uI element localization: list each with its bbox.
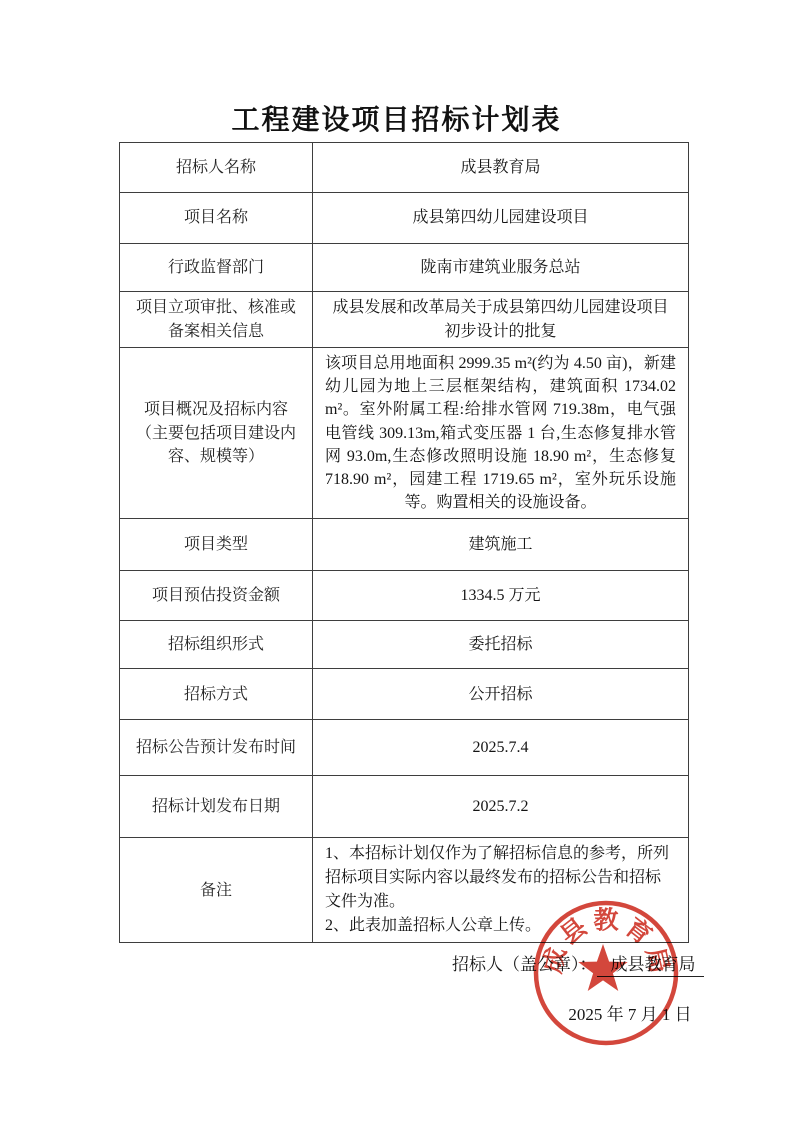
row-label: 项目预估投资金额 <box>120 571 313 621</box>
table-row: 项目类型 建筑施工 <box>120 519 689 571</box>
row-label: 招标人名称 <box>120 143 313 193</box>
row-value: 委托招标 <box>313 621 689 669</box>
table-row: 招标计划发布日期 2025.7.2 <box>120 776 689 838</box>
row-label: 招标公告预计发布时间 <box>120 720 313 776</box>
row-label: 项目类型 <box>120 519 313 571</box>
row-label: 项目立项审批、核准或备案相关信息 <box>120 292 313 348</box>
bidding-plan-table: 招标人名称 成县教育局 项目名称 成县第四幼儿园建设项目 行政监督部门 陇南市建… <box>119 142 689 943</box>
document-page: 工程建设项目招标计划表 招标人名称 成县教育局 项目名称 成县第四幼儿园建设项目… <box>0 0 793 1122</box>
remark-line-2: 2、此表加盖招标人公章上传。 <box>325 914 676 938</box>
row-label: 招标方式 <box>120 669 313 720</box>
row-label: 项目名称 <box>120 193 313 244</box>
row-value: 2025.7.2 <box>313 776 689 838</box>
row-value: 成县教育局 <box>313 143 689 193</box>
row-value: 1、本招标计划仅作为了解招标信息的参考，所列招标项目实际内容以最终发布的招标公告… <box>313 838 689 943</box>
table-row: 招标方式 公开招标 <box>120 669 689 720</box>
row-value: 成县第四幼儿园建设项目 <box>313 193 689 244</box>
table-row: 招标公告预计发布时间 2025.7.4 <box>120 720 689 776</box>
table-row: 备注 1、本招标计划仅作为了解招标信息的参考，所列招标项目实际内容以最终发布的招… <box>120 838 689 943</box>
row-value: 成县发展和改革局关于成县第四幼儿园建设项目初步设计的批复 <box>313 292 689 348</box>
table-row: 招标人名称 成县教育局 <box>120 143 689 193</box>
table-row: 项目名称 成县第四幼儿园建设项目 <box>120 193 689 244</box>
row-value: 1334.5 万元 <box>313 571 689 621</box>
signature-label: 招标人（盖公章）： <box>452 955 597 974</box>
row-value: 该项目总用地面积 2999.35 m²(约为 4.50 亩)，新建幼儿园为地上三… <box>313 348 689 519</box>
signature-line: 招标人（盖公章）：成县教育局 <box>452 950 704 977</box>
row-value: 建筑施工 <box>313 519 689 571</box>
signature-name: 成县教育局 <box>597 950 704 977</box>
date-line: 2025 年 7 月 1 日 <box>540 1000 720 1025</box>
row-label: 招标组织形式 <box>120 621 313 669</box>
row-label: 招标计划发布日期 <box>120 776 313 838</box>
row-label: 备注 <box>120 838 313 943</box>
table-row: 行政监督部门 陇南市建筑业服务总站 <box>120 244 689 292</box>
remark-line-1: 1、本招标计划仅作为了解招标信息的参考，所列招标项目实际内容以最终发布的招标公告… <box>325 842 676 914</box>
table-row: 招标组织形式 委托招标 <box>120 621 689 669</box>
table-row: 项目概况及招标内容（主要包括项目建设内容、规模等） 该项目总用地面积 2999.… <box>120 348 689 519</box>
row-value: 陇南市建筑业服务总站 <box>313 244 689 292</box>
row-label: 项目概况及招标内容（主要包括项目建设内容、规模等） <box>120 348 313 519</box>
row-label: 行政监督部门 <box>120 244 313 292</box>
table-row: 项目预估投资金额 1334.5 万元 <box>120 571 689 621</box>
row-value: 公开招标 <box>313 669 689 720</box>
row-value: 2025.7.4 <box>313 720 689 776</box>
page-title: 工程建设项目招标计划表 <box>0 98 793 138</box>
table-row: 项目立项审批、核准或备案相关信息 成县发展和改革局关于成县第四幼儿园建设项目初步… <box>120 292 689 348</box>
